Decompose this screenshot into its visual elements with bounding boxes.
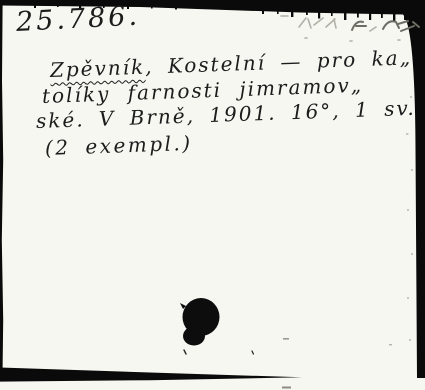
call-number: 25.786.	[15, 1, 141, 38]
text-line-4: (2 exempl.)	[45, 131, 193, 160]
ink-specks	[184, 338, 392, 389]
title-word-underlined: Zpěvník	[50, 55, 146, 82]
faded-pencil-marks	[281, 16, 419, 41]
ink-blot	[180, 298, 220, 346]
catalog-card-scan: 25.786. Zpěvník, Kostelní — pro ka„ tolí…	[0, 0, 425, 390]
